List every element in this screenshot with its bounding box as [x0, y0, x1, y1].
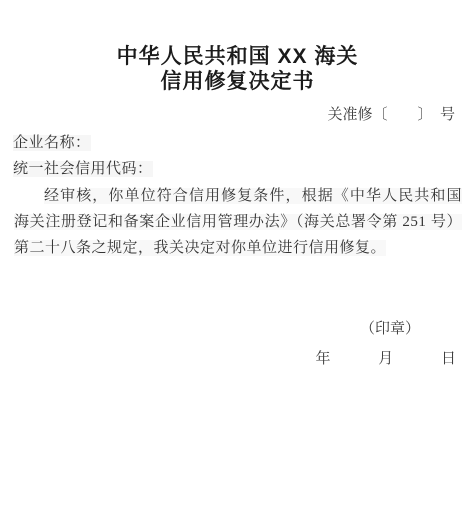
credit-code-label: 统一社会信用代码：: [13, 161, 153, 177]
credit-code-line: 统一社会信用代码：: [13, 156, 462, 182]
date-month-label: 月: [378, 351, 393, 367]
decision-paragraph: 经审核，你单位符合信用修复条件，根据《中华人民共和国海关注册登记和备案企业信用管…: [14, 183, 462, 261]
document-page: 中华人民共和国 XX 海关 信用修复决定书 关准修〔 〕 号 企业名称： 统一社…: [0, 0, 475, 516]
date-day-label: 日: [441, 351, 456, 367]
date-line: 年 月 日: [0, 349, 475, 369]
decision-paragraph-text: 经审核，你单位符合信用修复条件，根据《中华人民共和国海关注册登记和备案企业信用管…: [14, 188, 462, 256]
enterprise-name-label: 企业名称：: [13, 135, 91, 151]
document-number: 关准修〔 〕 号: [0, 105, 475, 125]
enterprise-name-line: 企业名称：: [13, 130, 462, 156]
document-title: 中华人民共和国 XX 海关 信用修复决定书: [0, 0, 475, 94]
document-title-line2: 信用修复决定书: [0, 69, 475, 94]
date-year-label: 年: [315, 351, 330, 367]
document-title-line1: 中华人民共和国 XX 海关: [0, 44, 475, 69]
seal-placeholder: （印章）: [0, 319, 475, 339]
form-labels: 企业名称： 统一社会信用代码：: [13, 130, 462, 182]
